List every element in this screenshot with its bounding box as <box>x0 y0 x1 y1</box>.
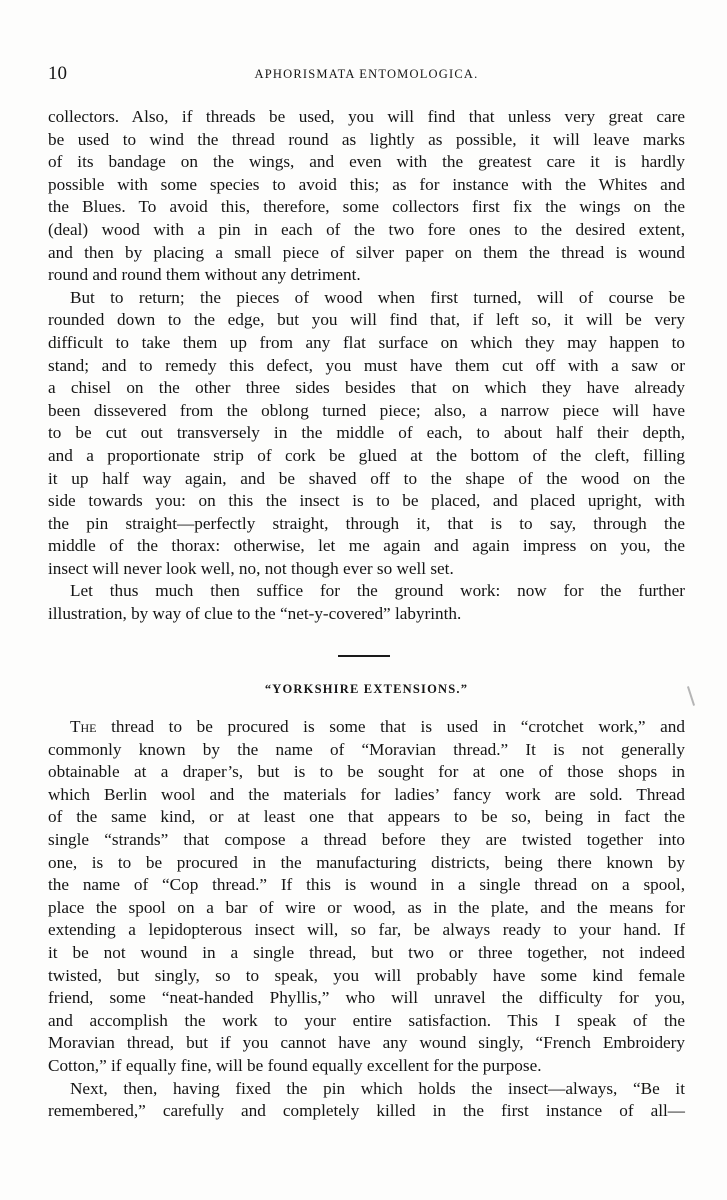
paragraph: But to return; the pieces of wood when f… <box>48 287 685 581</box>
text-line: a chisel on the other three sides beside… <box>48 377 685 400</box>
section-divider <box>338 655 390 657</box>
paragraph: collectors. Also, if threads be used, yo… <box>48 106 685 287</box>
text-line: which Berlin wool and the materials for … <box>48 784 685 807</box>
text-line: (deal) wood with a pin in each of the tw… <box>48 219 685 242</box>
text-line: insect will never look well, no, not tho… <box>48 558 685 581</box>
text-line: the Blues. To avoid this, therefore, som… <box>48 196 685 219</box>
text-line: middle of the thorax: otherwise, let me … <box>48 535 685 558</box>
text-line: be used to wind the thread round as ligh… <box>48 129 685 152</box>
text-line: one, is to be procured in the manufactur… <box>48 852 685 875</box>
drop-word: The <box>70 717 97 736</box>
running-title: APHORISMATA ENTOMOLOGICA. <box>48 67 685 82</box>
text-line: remembered,” carefully and completely ki… <box>48 1100 685 1123</box>
running-head: 10 APHORISMATA ENTOMOLOGICA. <box>48 63 685 85</box>
text-line: side towards you: on this the insect is … <box>48 490 685 513</box>
text-line: of its bandage on the wings, and even wi… <box>48 151 685 174</box>
section-1-body: collectors. Also, if threads be used, yo… <box>48 106 685 626</box>
paragraph: The thread to be procured is some that i… <box>48 716 685 1078</box>
paragraph: Let thus much then suffice for the groun… <box>48 580 685 625</box>
text-line: been dissevered from the oblong turned p… <box>48 400 685 423</box>
text-line: collectors. Also, if threads be used, yo… <box>48 106 685 129</box>
text-line: round and round them without any detrime… <box>48 264 685 287</box>
text-line: place the spool on a bar of wire or wood… <box>48 897 685 920</box>
text-line: commonly known by the name of “Moravian … <box>48 739 685 762</box>
text-line: single “strands” that compose a thread b… <box>48 829 685 852</box>
section-heading: “YORKSHIRE EXTENSIONS.” <box>48 682 685 697</box>
text-line: extending a lepidopterous insect will, s… <box>48 919 685 942</box>
text-line: Next, then, having fixed the pin which h… <box>48 1078 685 1101</box>
text-line: the name of “Cop thread.” If this is wou… <box>48 874 685 897</box>
text-line: illustration, by way of clue to the “net… <box>48 603 685 626</box>
text-line: Moravian thread, but if you cannot have … <box>48 1032 685 1055</box>
paragraph: Next, then, having fixed the pin which h… <box>48 1078 685 1123</box>
text-line: possible with some species to avoid this… <box>48 174 685 197</box>
text-fragment: thread to be procured is some that is us… <box>97 717 686 736</box>
text-line: But to return; the pieces of wood when f… <box>48 287 685 310</box>
text-line: rounded down to the edge, but you will f… <box>48 309 685 332</box>
text-line: and accomplish the work to your entire s… <box>48 1010 685 1033</box>
text-line: stand; and to remedy this defect, you mu… <box>48 355 685 378</box>
text-line: and a proportionate strip of cork be glu… <box>48 445 685 468</box>
text-line: it up half way again, and be shaved off … <box>48 468 685 491</box>
text-line: it be not wound in a single thread, but … <box>48 942 685 965</box>
text-line: Let thus much then suffice for the groun… <box>48 580 685 603</box>
text-line: to be cut out transversely in the middle… <box>48 422 685 445</box>
text-line: difficult to take them up from any flat … <box>48 332 685 355</box>
text-line: friend, some “neat-handed Phyllis,” who … <box>48 987 685 1010</box>
text-line: The thread to be procured is some that i… <box>48 716 685 739</box>
text-line: the pin straight—perfectly straight, thr… <box>48 513 685 536</box>
text-line: obtainable at a draper’s, but is to be s… <box>48 761 685 784</box>
text-line: and then by placing a small piece of sil… <box>48 242 685 265</box>
text-line: Cotton,” if equally fine, will be found … <box>48 1055 685 1078</box>
section-2-body: The thread to be procured is some that i… <box>48 716 685 1123</box>
text-line: of the same kind, or at least one that a… <box>48 806 685 829</box>
scan-artifact <box>687 686 695 706</box>
text-line: twisted, but singly, so to speak, you wi… <box>48 965 685 988</box>
